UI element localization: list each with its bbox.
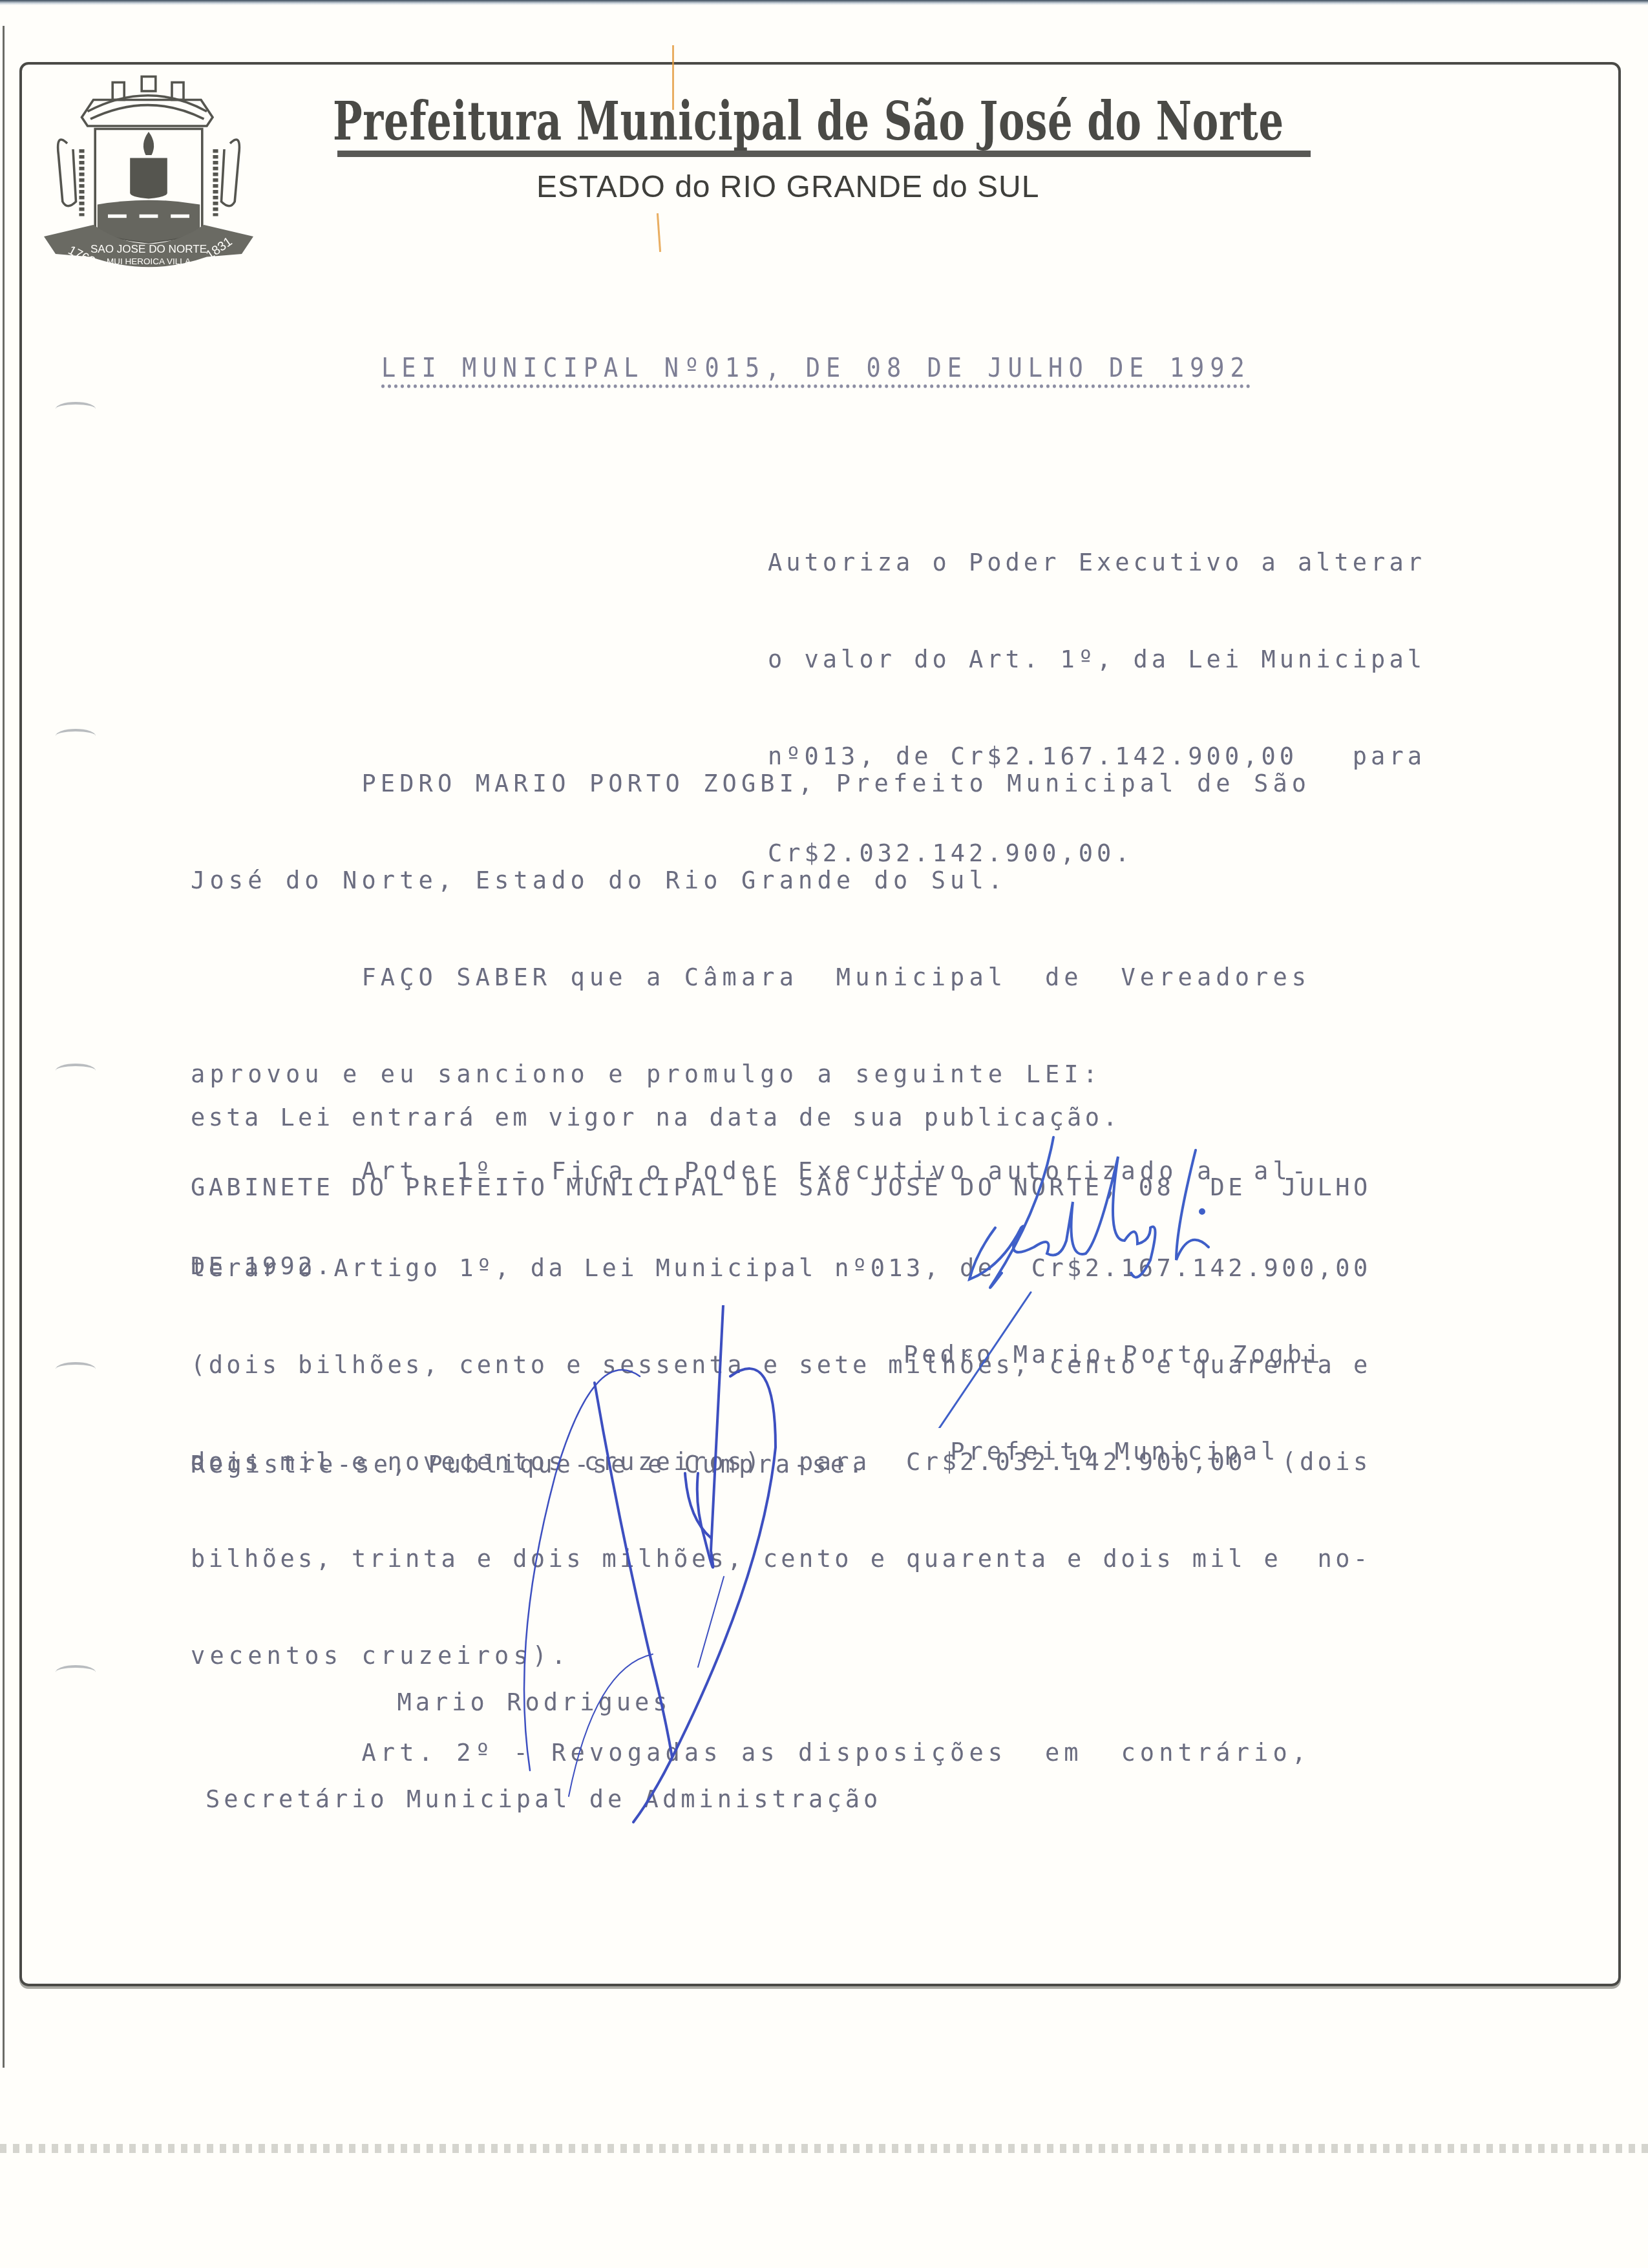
law-title: LEI MUNICIPAL Nº015, DE 08 DE JULHO DE 1… (381, 353, 1251, 388)
scan-edge-top (0, 0, 1648, 5)
mayor-handwritten-signature (905, 1131, 1396, 1428)
municipal-coat-of-arms-icon: 1763 1831 SAO JOSE DO NORTE MUI HEROICA … (32, 62, 265, 295)
body-line: José do Norte, Estado do Rio Grande do S… (191, 865, 1371, 897)
svg-text:SAO JOSE DO NORTE: SAO JOSE DO NORTE (90, 243, 207, 255)
punch-hole-mark (56, 1064, 96, 1078)
body-line: esta Lei entrará em vigor na data de sua… (191, 1106, 1371, 1129)
letterhead-subtitle: ESTADO do RIO GRANDE do SUL (536, 169, 1039, 205)
ementa-line: o valor do Art. 1º, da Lei Municipal (768, 644, 1426, 676)
punch-hole-mark (56, 729, 96, 743)
perforated-edge (0, 2144, 1648, 2153)
body-line: FAÇO SABER que a Câmara Municipal de Ver… (191, 961, 1371, 994)
stamp-mark (672, 45, 674, 110)
page-edge-left (3, 26, 5, 2068)
svg-text:MUI HEROICA VILLA: MUI HEROICA VILLA (107, 257, 191, 266)
letterhead-rule (337, 151, 1311, 157)
letterhead-title: Prefeitura Municipal de São José do Nort… (333, 90, 1060, 152)
punch-hole-mark (56, 1665, 96, 1679)
punch-hole-mark (56, 1362, 96, 1376)
body-line: PEDRO MARIO PORTO ZOGBI, Prefeito Munici… (191, 768, 1371, 800)
punch-hole-mark (56, 402, 96, 416)
mayor-role: Prefeito Municipal (903, 1436, 1324, 1468)
ementa-line: Autoriza o Poder Executivo a alterar (768, 547, 1426, 579)
secretary-handwritten-signature (439, 1305, 853, 1835)
